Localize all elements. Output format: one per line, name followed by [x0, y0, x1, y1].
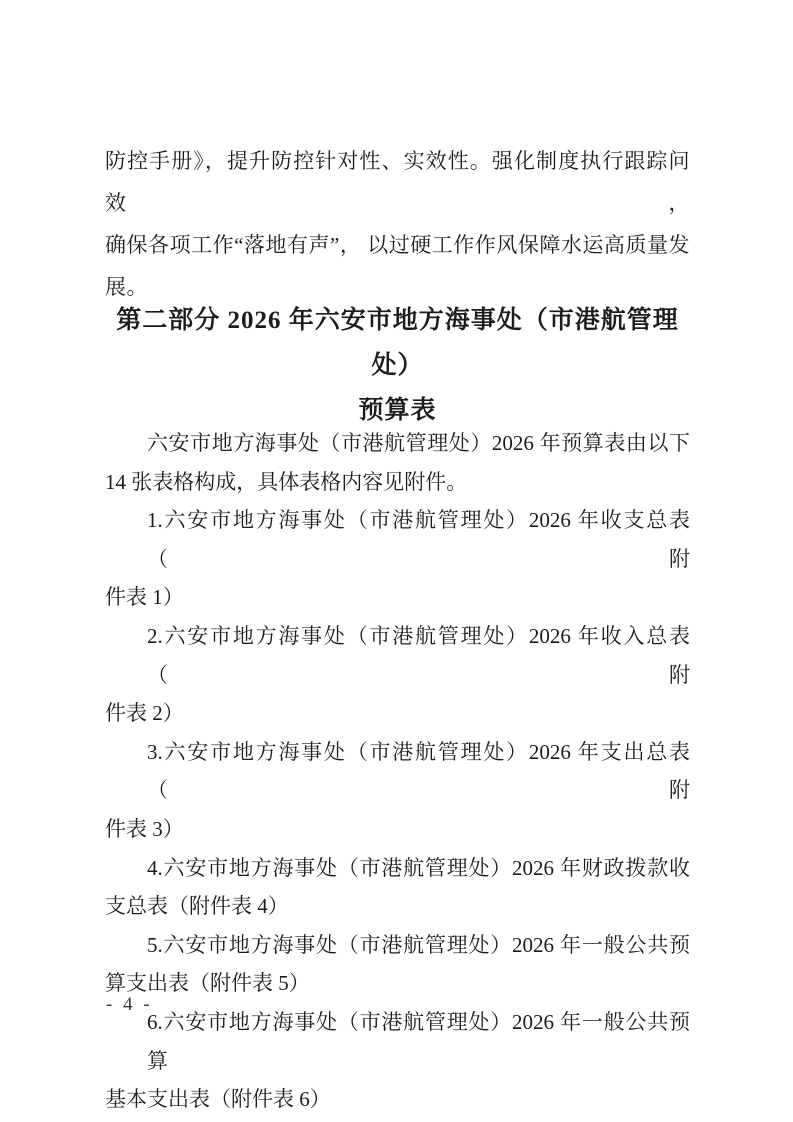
paragraph-line: 防控手册》，提升防控针对性、实效性。强化制度执行跟踪问效， — [105, 140, 690, 224]
list-item-3-line: 3.六安市地方海事处（市港航管理处）2026 年支出总表（附 — [105, 733, 690, 810]
list-item-2-line: 2.六安市地方海事处（市港航管理处）2026 年收入总表（附 — [105, 617, 690, 694]
list-item-5-line: 5.六安市地方海事处（市港航管理处）2026 年一般公共预 — [105, 926, 690, 965]
budget-table-list: 六安市地方海事处（市港航管理处）2026 年预算表由以下 14 张表格构成，具体… — [105, 424, 690, 1119]
document-page: 防控手册》，提升防控针对性、实效性。强化制度执行跟踪问效， 确保各项工作“落地有… — [0, 0, 793, 1122]
list-item-6-line: 6.六安市地方海事处（市港航管理处）2026 年一般公共预算 — [105, 1003, 690, 1080]
list-item-4-line: 4.六安市地方海事处（市港航管理处）2026 年财政拨款收 — [105, 849, 690, 888]
list-item-1-line: 1.六安市地方海事处（市港航管理处）2026 年收支总表（附 — [105, 501, 690, 578]
list-item-5-line: 算支出表（附件表 5） — [105, 964, 690, 1003]
closing-paragraph: 防控手册》，提升防控针对性、实效性。强化制度执行跟踪问效， 确保各项工作“落地有… — [105, 140, 690, 308]
list-item-1-line: 件表 1） — [105, 578, 690, 617]
intro-line: 六安市地方海事处（市港航管理处）2026 年预算表由以下 — [105, 424, 690, 463]
section-heading: 第二部分 2026 年六安市地方海事处（市港航管理处） 预算表 — [105, 298, 690, 433]
list-item-6-line: 基本支出表（附件表 6） — [105, 1080, 690, 1119]
paragraph-line: 确保各项工作“落地有声”， 以过硬工作作风保障水运高质量发 — [105, 224, 690, 266]
list-item-3-line: 件表 3） — [105, 810, 690, 849]
page-number: - 4 - — [106, 994, 153, 1016]
section-heading-line-1: 第二部分 2026 年六安市地方海事处（市港航管理处） — [105, 298, 690, 388]
list-item-4-line: 支总表（附件表 4） — [105, 887, 690, 926]
intro-line: 14 张表格构成，具体表格内容见附件。 — [105, 463, 690, 502]
list-item-2-line: 件表 2） — [105, 694, 690, 733]
